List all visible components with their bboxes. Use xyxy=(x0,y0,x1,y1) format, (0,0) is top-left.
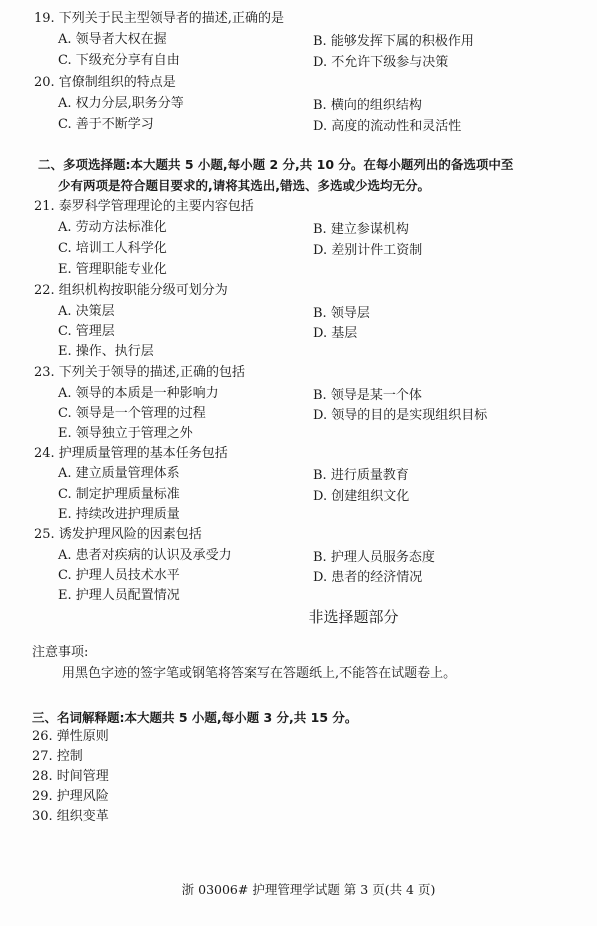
option: B. 建立参谋机构 xyxy=(313,222,409,238)
option: C. 培训工人科学化 xyxy=(58,241,167,257)
option: A. 领导者大权在握 xyxy=(58,32,167,48)
term-item: 27. 控制 xyxy=(32,749,83,765)
part-title: 非选择题部分 xyxy=(0,606,597,627)
question-stem: 19. 下列关于民主型领导者的描述,正确的是 xyxy=(34,11,284,27)
page-footer: 浙 03006# 护理管理学试题 第 3 页(共 4 页) xyxy=(0,880,597,898)
option: C. 护理人员技术水平 xyxy=(58,568,180,584)
term-item: 26. 弹性原则 xyxy=(32,729,109,745)
option: B. 领导是某一个体 xyxy=(313,388,422,404)
question-stem: 23. 下列关于领导的描述,正确的包括 xyxy=(34,365,245,381)
option: A. 权力分层,职务分等 xyxy=(58,96,184,112)
option: D. 领导的目的是实现组织目标 xyxy=(313,408,487,424)
option: A. 劳动方法标准化 xyxy=(58,220,167,236)
option: E. 操作、执行层 xyxy=(58,344,154,360)
section-heading-cont: 少有两项是符合题目要求的,请将其选出,错选、多选或少选均无分。 xyxy=(58,178,430,194)
option: E. 领导独立于管理之外 xyxy=(58,426,193,442)
option: D. 高度的流动性和灵活性 xyxy=(313,119,461,135)
option: A. 决策层 xyxy=(58,304,115,320)
question-stem: 21. 泰罗科学管理理论的主要内容包括 xyxy=(34,199,254,215)
option: C. 下级充分享有自由 xyxy=(58,53,180,69)
option: D. 不允许下级参与决策 xyxy=(313,55,448,71)
option: D. 创建组织文化 xyxy=(313,489,409,505)
section-heading: 三、名词解释题:本大题共 5 小题,每小题 3 分,共 15 分。 xyxy=(32,710,357,726)
option: E. 持续改进护理质量 xyxy=(58,507,180,523)
option: D. 差别计件工资制 xyxy=(313,243,422,259)
option: C. 善于不断学习 xyxy=(58,117,154,133)
option: C. 制定护理质量标准 xyxy=(58,487,180,503)
note-label: 注意事项: xyxy=(32,645,88,661)
note-body: 用黑色字迹的签字笔或钢笔将答案写在答题纸上,不能答在试题卷上。 xyxy=(62,666,456,682)
term-item: 28. 时间管理 xyxy=(32,769,109,785)
option: C. 管理层 xyxy=(58,324,115,340)
exam-page: 19. 下列关于民主型领导者的描述,正确的是 A. 领导者大权在握 B. 能够发… xyxy=(0,0,597,926)
option: B. 能够发挥下属的积极作用 xyxy=(313,34,474,50)
section-heading: 二、多项选择题:本大题共 5 小题,每小题 2 分,共 10 分。在每小题列出的… xyxy=(38,157,513,173)
question-stem: 20. 官僚制组织的特点是 xyxy=(34,75,176,91)
option: E. 管理职能专业化 xyxy=(58,262,167,278)
option: E. 护理人员配置情况 xyxy=(58,588,180,604)
option: A. 领导的本质是一种影响力 xyxy=(58,386,219,402)
option: B. 护理人员服务态度 xyxy=(313,550,435,566)
question-stem: 22. 组织机构按职能分级可划分为 xyxy=(34,283,228,299)
option: B. 横向的组织结构 xyxy=(313,98,422,114)
option: A. 建立质量管理体系 xyxy=(58,466,180,482)
question-stem: 25. 诱发护理风险的因素包括 xyxy=(34,527,202,543)
option: B. 进行质量教育 xyxy=(313,468,409,484)
option: B. 领导层 xyxy=(313,306,370,322)
option: D. 基层 xyxy=(313,326,357,342)
term-item: 29. 护理风险 xyxy=(32,789,109,805)
term-item: 30. 组织变革 xyxy=(32,809,109,825)
option: D. 患者的经济情况 xyxy=(313,570,422,586)
option: A. 患者对疾病的认识及承受力 xyxy=(58,548,232,564)
question-stem: 24. 护理质量管理的基本任务包括 xyxy=(34,446,228,462)
option: C. 领导是一个管理的过程 xyxy=(58,406,206,422)
